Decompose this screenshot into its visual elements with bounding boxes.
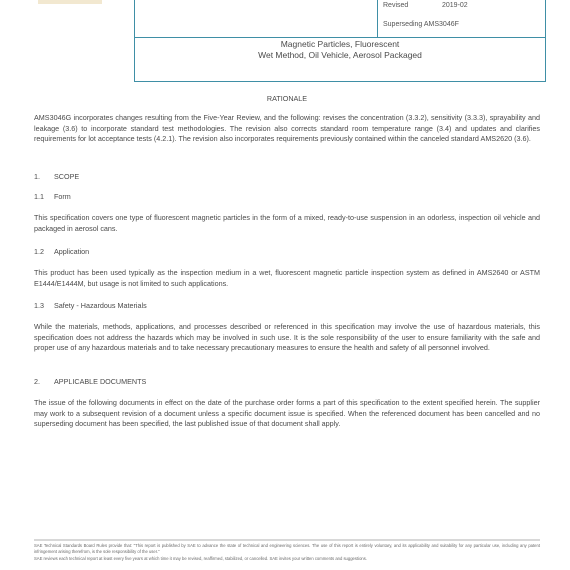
section-1-1-text: This specification covers one type of fl…: [34, 213, 540, 234]
section-1-2-text: This product has been used typically as …: [34, 268, 540, 289]
title-line-2: Wet Method, Oil Vehicle, Aerosol Package…: [135, 50, 545, 61]
section-1-3-text: While the materials, methods, applicatio…: [34, 322, 540, 354]
revised-row: Revised2019-02: [383, 2, 468, 9]
title-line-1: Magnetic Particles, Fluorescent: [135, 39, 545, 50]
footer-notice-2: SAE reviews each technical report at lea…: [34, 556, 540, 562]
section-1-1-heading: 1.1Form: [34, 192, 71, 201]
sae-logo: [38, 0, 102, 4]
footer-divider: [34, 539, 540, 541]
section-number: 1.3: [34, 301, 54, 310]
section-1-2-heading: 1.2Application: [34, 247, 89, 256]
section-2-text: The issue of the following documents in …: [34, 398, 540, 430]
header-divider: [377, 0, 378, 37]
revised-label: Revised: [383, 2, 442, 9]
document-header-box: Revised2019-02 Superseding AMS3046F Magn…: [134, 0, 546, 82]
section-2-heading: 2.APPLICABLE DOCUMENTS: [34, 377, 146, 386]
section-number: 1.1: [34, 192, 54, 201]
rationale-text: AMS3046G incorporates changes resulting …: [34, 113, 540, 145]
section-number: 2.: [34, 377, 54, 386]
superseding-row: Superseding AMS3046F: [383, 21, 459, 28]
section-number: 1.: [34, 172, 54, 181]
rationale-heading: RATIONALE: [34, 94, 540, 105]
section-1-3-heading: 1.3Safety - Hazardous Materials: [34, 301, 147, 310]
section-title: Safety - Hazardous Materials: [54, 301, 147, 310]
section-title: Application: [54, 247, 89, 256]
superseding-label: Superseding: [383, 21, 422, 28]
section-1-heading: 1.SCOPE: [34, 172, 79, 181]
section-title: APPLICABLE DOCUMENTS: [54, 377, 146, 386]
footer-notice-1: SAE Technical Standards Board Rules prov…: [34, 543, 540, 554]
document-title: Magnetic Particles, Fluorescent Wet Meth…: [135, 39, 545, 61]
section-title: Form: [54, 192, 71, 201]
section-title: SCOPE: [54, 172, 79, 181]
revised-value: 2019-02: [442, 2, 468, 9]
superseding-value: AMS3046F: [424, 21, 459, 28]
section-number: 1.2: [34, 247, 54, 256]
header-top-row: [135, 0, 545, 38]
